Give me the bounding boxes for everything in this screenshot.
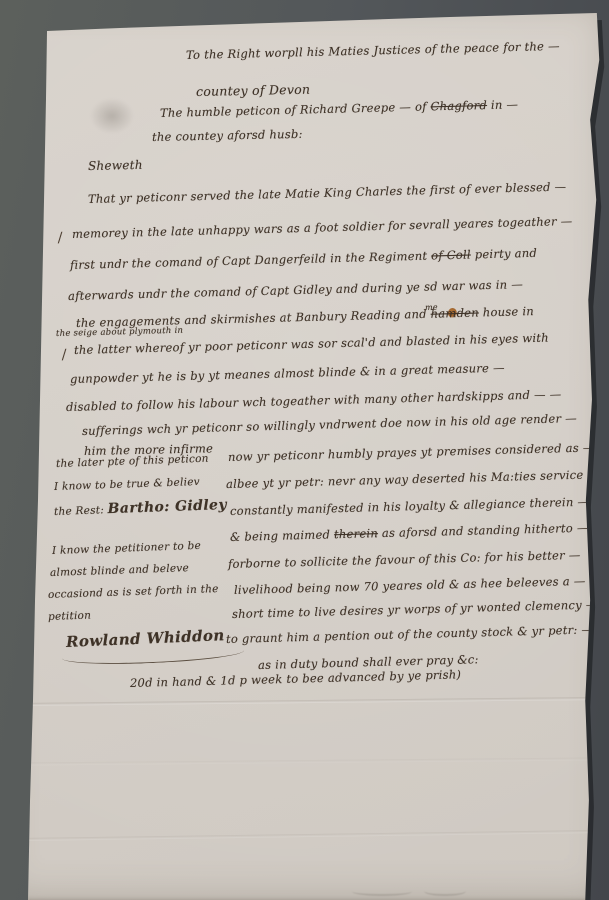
text-segment: I know the petitioner to be [52, 540, 201, 557]
photo-background: To the Right worpll his Maties Justices … [0, 0, 609, 900]
text-segment: the seige about plymouth in [56, 326, 183, 339]
text-segment: forborne to sollicite the favour of this… [228, 548, 581, 571]
insertion-mark-2: ∕ [61, 347, 68, 363]
prayer-line-3: constantly manifested in his loyalty & a… [230, 494, 605, 518]
text-segment: albee yt yr petr: nevr any way deserted … [226, 466, 609, 491]
prayer-line-5: forborne to sollicite the favour of this… [228, 548, 581, 571]
body-line-8: disabled to follow his labour wch togeat… [66, 387, 562, 414]
attestation-whiddon-line-2: almost blinde and beleve [50, 562, 189, 579]
text-segment: peirty and [471, 246, 538, 262]
text-segment: first undr the comand of Capt Dangerfeil… [70, 249, 432, 272]
attestation-gidley-line-3: the Rest: Bartho: Gidley [54, 497, 227, 519]
text-segment: The humble peticon of Richard Greepe — o… [160, 99, 431, 120]
text-segment: to graunt him a pention out of the count… [226, 622, 594, 646]
text-segment: livelihood being now 70 yeares old & as … [234, 574, 586, 597]
prayer-line-8: to graunt him a pention out of the count… [226, 622, 594, 646]
petition-title-line-2: the countey aforsd husb: [152, 127, 303, 144]
body-line-2: memorey in the late unhappy wars as a fo… [72, 214, 573, 241]
text-segment: ∕ [61, 347, 68, 363]
prayer-line-7: short time to live desires yr worps of y… [232, 597, 598, 621]
text-segment: the later pte of this peticon [56, 453, 209, 470]
text-segment: Sheweth [88, 158, 143, 173]
text-segment: I know to be true & believ [54, 476, 200, 493]
struck-text: Chagford [430, 98, 487, 113]
prayer-line-6: livelihood being now 70 yeares old & as … [234, 574, 586, 597]
pencil-annotation [352, 886, 412, 896]
struck-text: therein [334, 526, 378, 541]
text-segment: memorey in the late unhappy wars as a fo… [72, 214, 573, 241]
pencil-annotation [424, 885, 466, 896]
interlinear-insertion: the seige about plymouth in [56, 326, 183, 339]
text-segment: me [425, 303, 438, 312]
text-segment: occasiond as is set forth in the [48, 583, 219, 601]
text-segment: the countey aforsd husb: [152, 127, 303, 144]
text-segment: To the Right worpll his Maties Justices … [186, 39, 560, 62]
body-line-1: That yr peticonr served the late Matie K… [88, 179, 567, 206]
address-line-2: countey of Devon [196, 82, 311, 99]
text-segment: afterwards undr the comand of Capt Gidle… [68, 277, 523, 303]
petition-title-line-1: The humble peticon of Richard Greepe — o… [160, 97, 519, 120]
address-line-1: To the Right worpll his Maties Justices … [186, 39, 560, 62]
body-line-9: sufferings wch yr peticonr so willingly … [82, 411, 577, 438]
body-line-7: gunpowder yt he is by yt meanes almost b… [70, 361, 505, 386]
relief-order-line: 20d in hand & 1d p week to bee advanced … [130, 667, 462, 690]
text-segment: That yr peticonr served the late Matie K… [88, 179, 567, 206]
prayer-line-2: albee yt yr petr: nevr any way deserted … [226, 466, 609, 491]
text-segment: almost blinde and beleve [50, 562, 189, 579]
attestation-gidley-line-2: I know to be true & believ [54, 476, 200, 493]
text-segment: 20d in hand & 1d p week to bee advanced … [130, 667, 462, 690]
superscript-correction: me [425, 303, 438, 312]
prayer-line-1: now yr peticonr humbly prayes yt premise… [228, 440, 609, 464]
body-line-4: afterwards undr the comand of Capt Gidle… [68, 277, 523, 303]
attestation-gidley-line-1: the later pte of this peticon [56, 453, 209, 470]
attestation-whiddon-line-1: I know the petitioner to be [52, 540, 201, 557]
text-segment: in — [487, 97, 518, 112]
paper-sheet: To the Right worpll his Maties Justices … [0, 0, 609, 900]
attestation-whiddon-line-3: occasiond as is set forth in the [48, 583, 219, 601]
text-segment: ∕ [57, 230, 64, 246]
text-segment: the Rest: [54, 504, 108, 518]
struck-text: of Coll [431, 248, 471, 263]
text-segment: short time to live desires yr worps of y… [232, 597, 598, 621]
text-segment: disabled to follow his labour wch togeat… [66, 387, 562, 414]
text-segment: petition [48, 609, 92, 622]
text-segment: sufferings wch yr peticonr so willingly … [82, 411, 577, 438]
text-segment: Bartho: Gidley [107, 497, 227, 517]
text-segment: constantly manifested in his loyalty & a… [230, 494, 605, 518]
text-segment: countey of Devon [196, 82, 311, 99]
manuscript-page: To the Right worpll his Maties Justices … [0, 0, 609, 900]
text-segment: as aforsd and standing hitherto — [378, 521, 589, 541]
text-segment: & being maimed [230, 527, 334, 544]
text-segment: house in [479, 304, 534, 319]
body-line-3: first undr the comand of Capt Dangerfeil… [70, 246, 537, 272]
text-segment: now yr peticonr humbly prayes yt premise… [228, 440, 609, 464]
attestation-whiddon-line-4: petition [48, 609, 92, 622]
prayer-line-4: & being maimed therein as aforsd and sta… [230, 521, 589, 544]
sheweth: Sheweth [88, 158, 143, 173]
insertion-mark-1: ∕ [57, 230, 64, 246]
text-segment: gunpowder yt he is by yt meanes almost b… [70, 361, 505, 386]
